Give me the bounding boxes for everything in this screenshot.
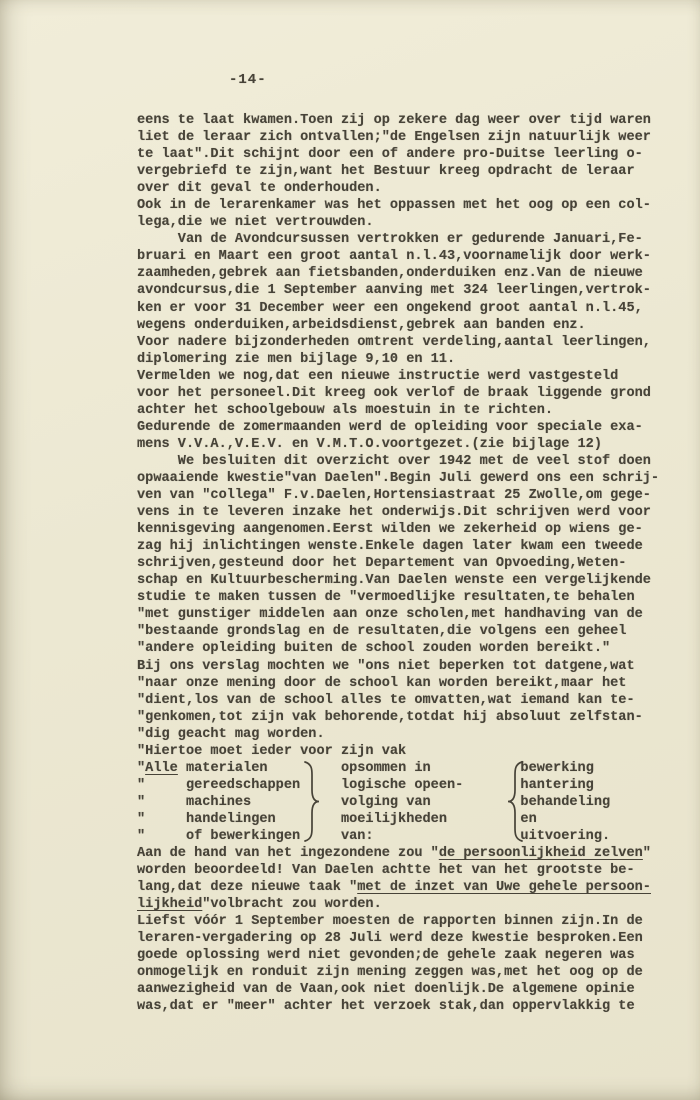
text-line: "dig geacht mag worden.	[137, 726, 682, 743]
text-line: Voor nadere bijzonderheden omtrent verde…	[137, 334, 682, 351]
text-line: worden beoordeeld! Van Daelen achtte het…	[137, 862, 682, 879]
text-line: "Hiertoe moet ieder voor zijn vak	[137, 743, 682, 760]
text-line: zaamheden,gebrek aan fietsbanden,onderdu…	[137, 265, 682, 282]
text-line: schap en Kultuurbescherming.Van Daelen w…	[137, 572, 682, 589]
text-line: " gereedschappen logische opeen- hanteri…	[137, 777, 682, 794]
text-line: vens in te leveren inzake het onderwijs.…	[137, 504, 682, 521]
text-line: achter het schoolgebouw als moestuin in …	[137, 402, 682, 419]
text-line: lang,dat deze nieuwe taak "met de inzet …	[137, 879, 682, 896]
text-line: avondcursus,die 1 September aanving met …	[137, 282, 682, 299]
text-line: Vermelden we nog,dat een nieuwe instruct…	[137, 368, 682, 385]
text-line: Aan de hand van het ingezondene zou "de …	[137, 845, 682, 862]
scanned-document-page: -14- eens te laat kwamen.Toen zij op zek…	[0, 0, 700, 1100]
text-line: Van de Avondcursussen vertrokken er gedu…	[137, 231, 682, 248]
text-line: over dit geval te onderhouden.	[137, 180, 682, 197]
text-line: goede oplossing werd niet gevonden;de ge…	[137, 947, 682, 964]
text-line: lega,die we niet vertrouwden.	[137, 214, 682, 231]
text-line: bruari en Maart een groot aantal n.l.43,…	[137, 248, 682, 265]
text-line: "Alle materialen opsommen in bewerking	[137, 760, 682, 777]
text-line: eens te laat kwamen.Toen zij op zekere d…	[137, 112, 682, 129]
text-line: studie te maken tussen de "vermoedlijke …	[137, 589, 682, 606]
text-line: opwaaiende kwestie"van Daelen".Begin Jul…	[137, 470, 682, 487]
text-line: lijkheid"volbracht zou worden.	[137, 896, 682, 913]
text-line: te laat".Dit schijnt door een of andere …	[137, 146, 682, 163]
text-line: diplomering zie men bijlage 9,10 en 11.	[137, 351, 682, 368]
text-line: wegens onderduiken,arbeidsdienst,gebrek …	[137, 317, 682, 334]
text-line: "met gunstiger middelen aan onze scholen…	[137, 606, 682, 623]
text-line: " machines volging van behandeling	[137, 794, 682, 811]
text-line: zag hij inlichtingen wenste.Enkele dagen…	[137, 538, 682, 555]
text-line: We besluiten dit overzicht over 1942 met…	[137, 453, 682, 470]
page-number: -14-	[229, 72, 267, 88]
text-line: onmogelijk en ronduit zijn mening zeggen…	[137, 964, 682, 981]
text-line: schrijven,gesteund door het Departement …	[137, 555, 682, 572]
text-line: "bestaande grondslag en de resultaten,di…	[137, 623, 682, 640]
text-line: Bij ons verslag mochten we "ons niet bep…	[137, 658, 682, 675]
text-line: ven van "collega" F.v.Daelen,Hortensiast…	[137, 487, 682, 504]
text-line: "dient,los van de school alles te omvatt…	[137, 692, 682, 709]
text-line: was,dat er "meer" achter het verzoek sta…	[137, 998, 682, 1015]
text-line: liet de leraar zich ontvallen;"de Engels…	[137, 129, 682, 146]
text-line: "andere opleiding buiten de school zoude…	[137, 640, 682, 657]
text-line: aanwezigheid van de Vaan,ook niet doenli…	[137, 981, 682, 998]
text-line: "naar onze mening door de school kan wor…	[137, 675, 682, 692]
text-line: Gedurende de zomermaanden werd de opleid…	[137, 419, 682, 436]
text-line: ken er voor 31 December weer een ongeken…	[137, 300, 682, 317]
text-line: "genkomen,tot zijn vak behorende,totdat …	[137, 709, 682, 726]
text-line: " handelingen moeilijkheden en	[137, 811, 682, 828]
text-line: vergebriefd te zijn,want het Bestuur kre…	[137, 163, 682, 180]
text-line: leraren-vergadering op 28 Juli werd deze…	[137, 930, 682, 947]
text-line: mens V.V.A.,V.E.V. en V.M.T.O.voortgezet…	[137, 436, 682, 453]
text-line: kennisgeving aangenomen.Eerst wilden we …	[137, 521, 682, 538]
text-line: Ook in de lerarenkamer was het oppassen …	[137, 197, 682, 214]
text-line: voor het personeel.Dit kreeg ook verlof …	[137, 385, 682, 402]
text-line: " of bewerkingen van: uitvoering.	[137, 828, 682, 845]
text-block: eens te laat kwamen.Toen zij op zekere d…	[137, 112, 682, 1015]
text-line: Liefst vóór 1 September moesten de rappo…	[137, 913, 682, 930]
